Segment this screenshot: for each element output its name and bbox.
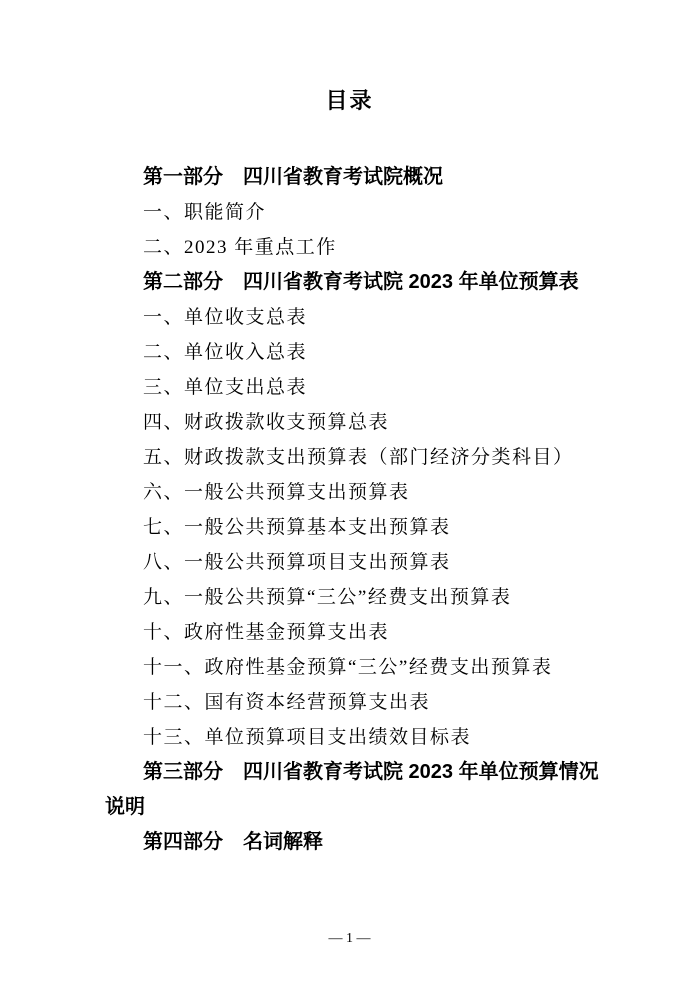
toc-item: 十一、政府性基金预算“三公”经费支出预算表 — [105, 650, 599, 685]
toc-part-heading: 第四部分 名词解释 — [105, 825, 599, 860]
toc-part-heading: 第一部分 四川省教育考试院概况 — [105, 160, 599, 195]
toc-part-heading: 第二部分 四川省教育考试院 2023 年单位预算表 — [105, 265, 599, 300]
page-footer: — 1 — — [0, 929, 699, 949]
toc-part-heading: 第三部分 四川省教育考试院 2023 年单位预算情况说明 — [105, 755, 599, 825]
toc-item: 一、单位收支总表 — [105, 300, 599, 335]
toc-item: 八、一般公共预算项目支出预算表 — [105, 545, 599, 580]
toc-item: 五、财政拨款支出预算表（部门经济分类科目） — [105, 440, 599, 475]
toc-item: 一、职能简介 — [105, 195, 599, 230]
table-of-contents: 第一部分 四川省教育考试院概况一、职能简介二、2023 年重点工作第二部分 四川… — [105, 160, 599, 860]
toc-item: 七、一般公共预算基本支出预算表 — [105, 510, 599, 545]
toc-item: 九、一般公共预算“三公”经费支出预算表 — [105, 580, 599, 615]
page-number: — 1 — — [329, 931, 371, 946]
document-page: 目录 第一部分 四川省教育考试院概况一、职能简介二、2023 年重点工作第二部分… — [0, 0, 699, 988]
document-title: 目录 — [0, 87, 699, 115]
toc-item: 六、一般公共预算支出预算表 — [105, 475, 599, 510]
toc-item: 十、政府性基金预算支出表 — [105, 615, 599, 650]
toc-item: 十三、单位预算项目支出绩效目标表 — [105, 720, 599, 755]
toc-item: 二、单位收入总表 — [105, 335, 599, 370]
toc-item: 十二、国有资本经营预算支出表 — [105, 685, 599, 720]
toc-item: 三、单位支出总表 — [105, 370, 599, 405]
toc-item: 二、2023 年重点工作 — [105, 230, 599, 265]
toc-item: 四、财政拨款收支预算总表 — [105, 405, 599, 440]
